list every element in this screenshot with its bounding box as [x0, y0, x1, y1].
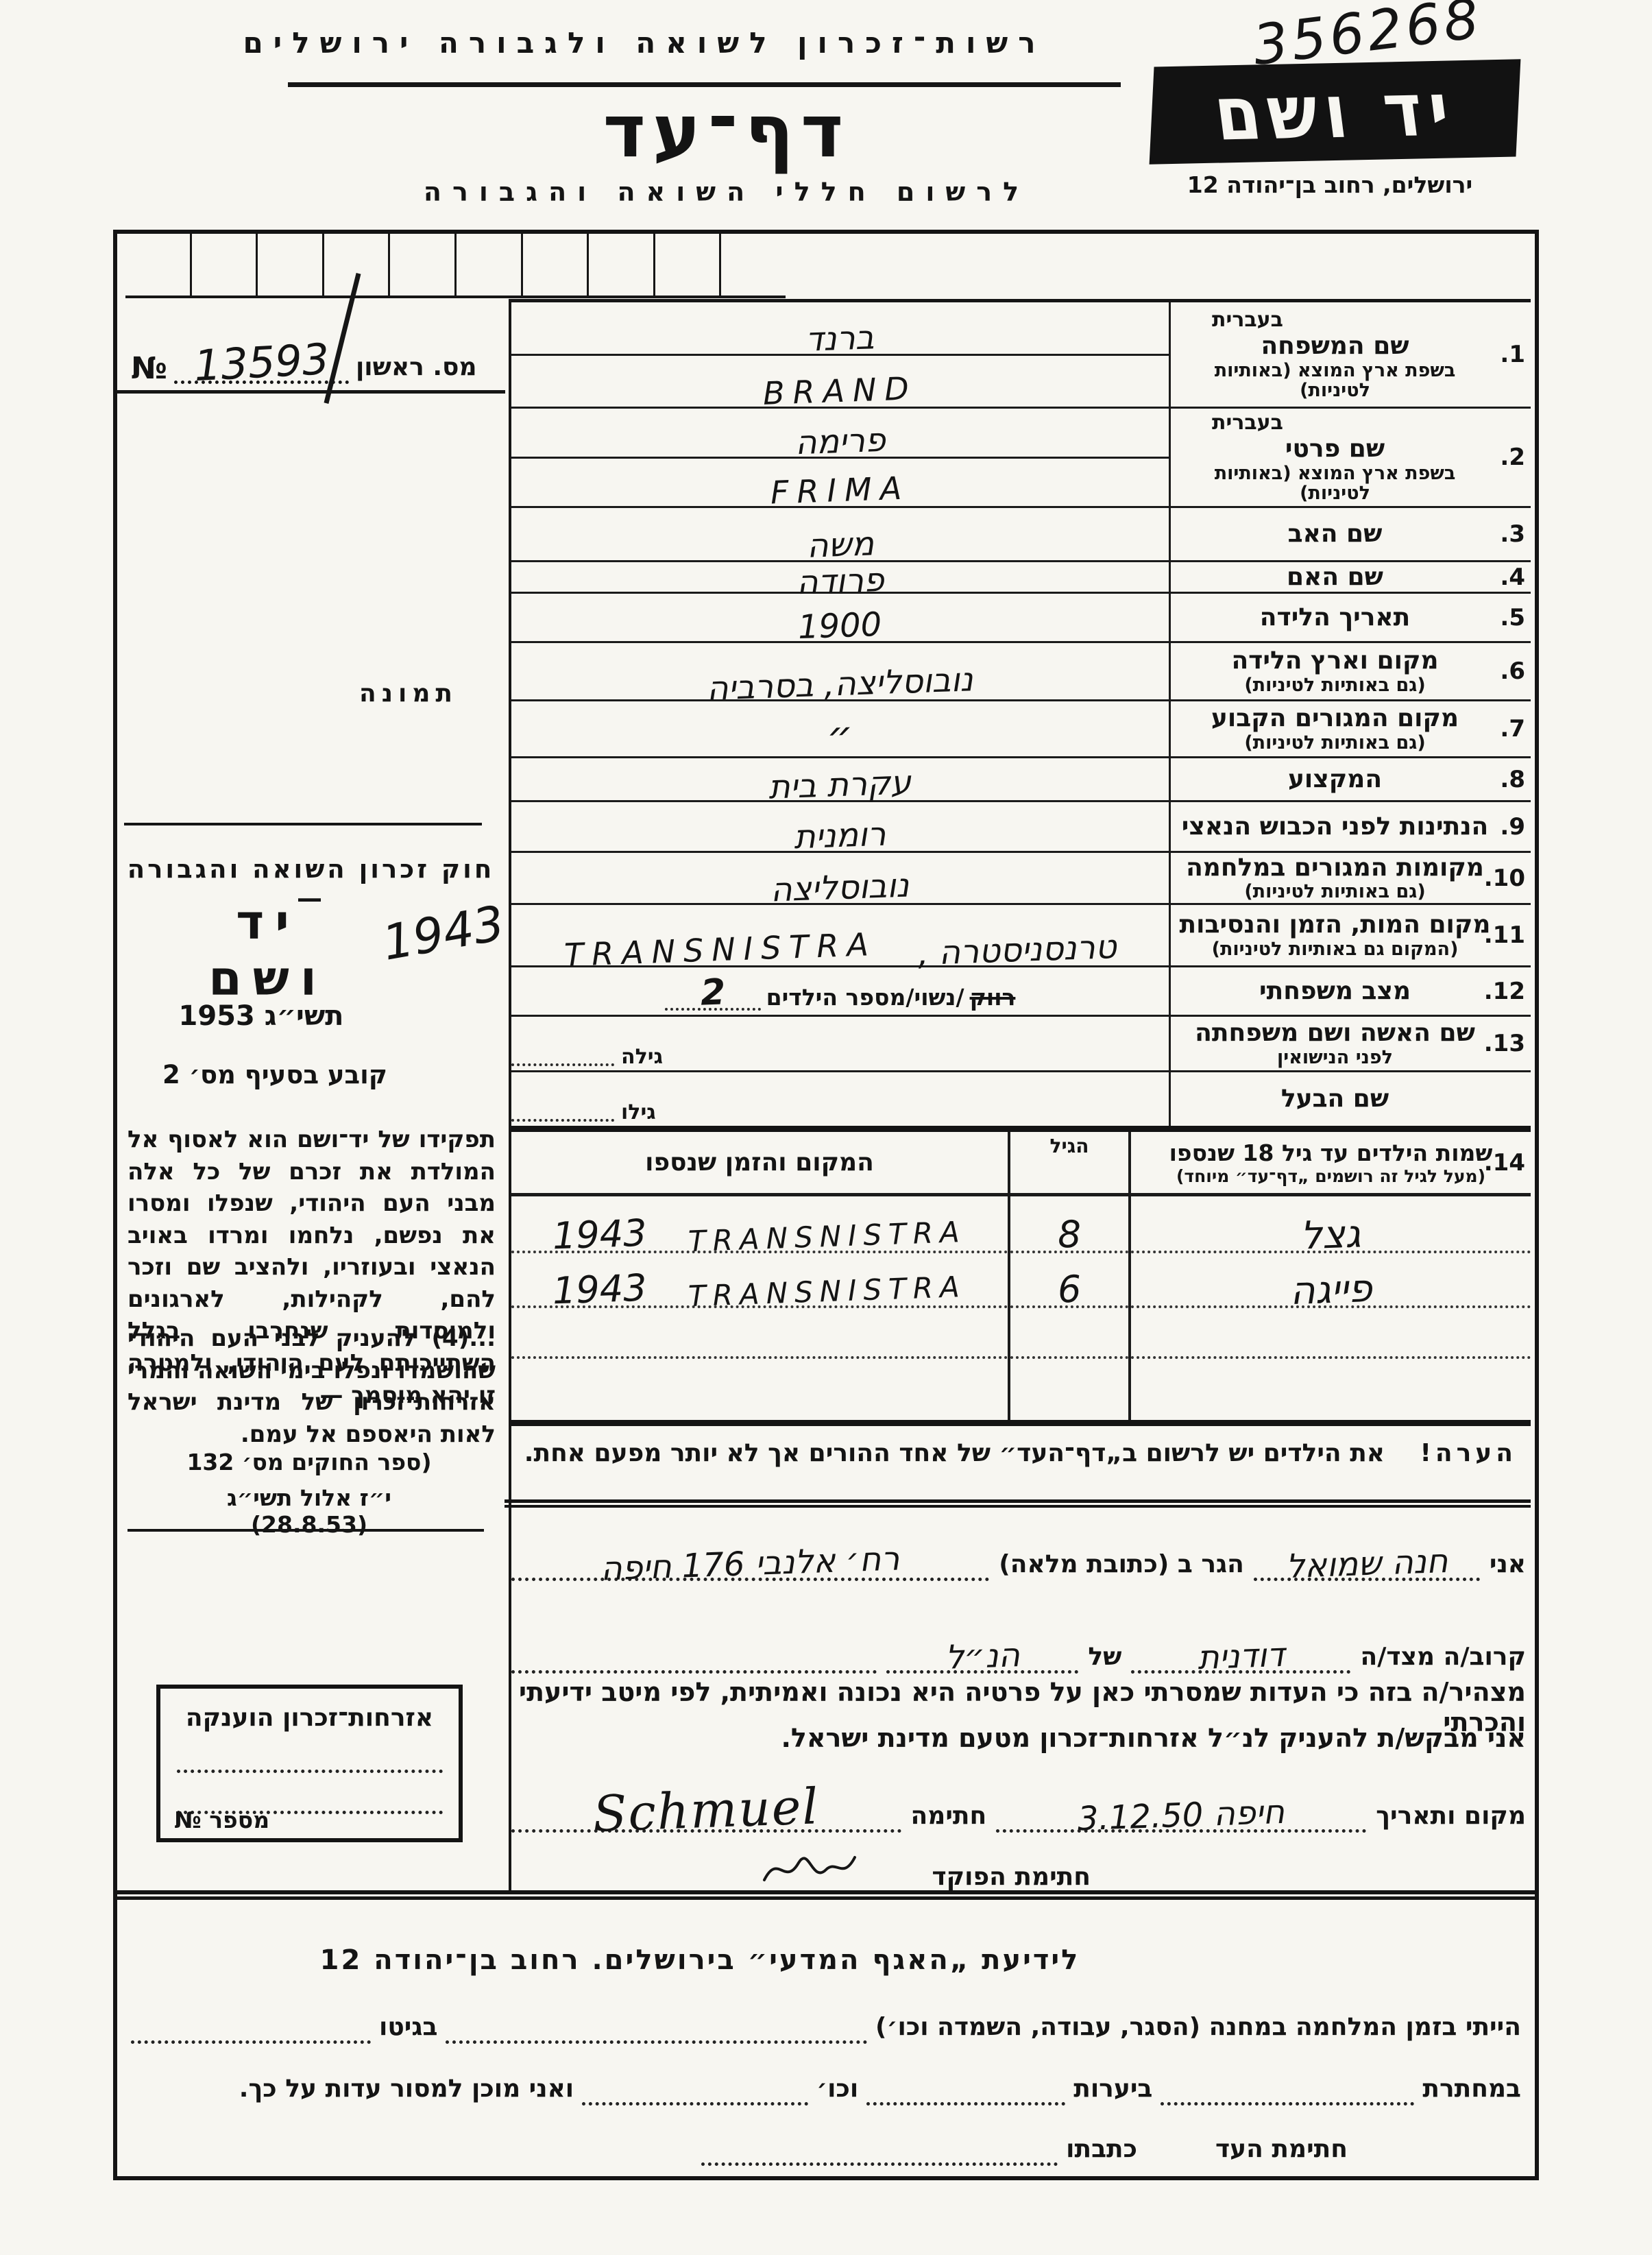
children-age-header: הגיל: [1010, 1132, 1128, 1196]
field-row-birth-place: 6. מקום וארץ הלידה (גם באותיות לטיניות) …: [511, 643, 1531, 701]
bottom-line-witness-signature: חתימת העד כתבתו: [511, 2114, 1348, 2166]
field-entry-4: פרודה: [511, 562, 1169, 592]
label-family-name: שם המשפחה: [1261, 332, 1409, 360]
camp-dotted-line: [446, 2040, 867, 2044]
field-row-first-name: 2. בעברית שם פרטי בשפת ארץ המוצא (באותיו…: [511, 409, 1531, 508]
field-entry-5: 1900: [511, 594, 1169, 641]
handwritten-serial-number: 13593: [193, 334, 330, 391]
label-i: אני: [1490, 1550, 1526, 1581]
field-row-birth-date: 5. תאריך הלידה 1900: [511, 594, 1531, 643]
label-his-age: גילו: [614, 1100, 660, 1126]
field-row-mother-name: 4. שם האם פרודה: [511, 562, 1531, 594]
field-row-husband-name: שם הבעל גילו: [511, 1072, 1531, 1126]
label-husband-name: שם הבעל: [1281, 1085, 1389, 1113]
field-number: 1.: [1500, 341, 1525, 368]
hw-death-year: 1943: [552, 1266, 648, 1313]
field-label-10: 10. מקומות המגורים במלחמה (גם באותיות לט…: [1169, 853, 1531, 903]
hw-ditto-mark: ״: [826, 712, 854, 760]
field-row-citizenship: 9. הנתינות לפני הכבוש הנאצי רומנית: [511, 802, 1531, 853]
field-entry-8: עקרת בית: [511, 758, 1169, 800]
label-birth-place: מקום וארץ הלידה: [1231, 647, 1438, 675]
hw-children-count: 2: [699, 972, 725, 1013]
citizenship-number-label: מספר №: [174, 1807, 269, 1833]
clerk-signature-scribble: [757, 1849, 860, 1890]
serial-number-line: 13593: [174, 337, 349, 384]
field-number: 9.: [1500, 813, 1525, 841]
his-age-dotted-line: [511, 1119, 614, 1122]
label-witness-address: כתבתו: [1066, 2135, 1137, 2166]
struck-option-single: רווק: [970, 984, 1016, 1011]
hw-death-place: TRANSNISTRA: [688, 1270, 967, 1313]
field-row-wife-name: 13. שם האשה ושם משפחתה לפני הנישואין גיל…: [511, 1017, 1531, 1072]
field-number-14: 14.: [1484, 1149, 1525, 1177]
label-forests: ביערות: [1073, 2075, 1152, 2106]
field-number: 10.: [1484, 865, 1525, 892]
label-wartime-residence: מקומות המגורים במלחמה: [1186, 854, 1484, 882]
label-clerk-signature: חתימת הפוקד: [932, 1863, 1091, 1894]
hw-death-year: 1943: [552, 1211, 648, 1258]
label-father-name: שם האב: [1288, 520, 1383, 548]
hw-witness-address: רח׳ אלנבי 176 חיפה: [600, 1539, 901, 1588]
citizenship-granted-box: אזרחות־זכרון הוענקה מספר №: [156, 1685, 463, 1842]
empty-dotted-line: [511, 1670, 877, 1674]
hw-child-age: 8: [1057, 1212, 1082, 1256]
form-subtitle: לרשום חללי השואה והגבורה: [315, 177, 1138, 207]
field-entry-1: ברנד BRAND: [511, 302, 1169, 407]
citizenship-box-title: אזרחות־זכרון הוענקה: [160, 1704, 459, 1732]
bottom-line-underground: במחתרת ביערות וכו׳ ואני מוכן למסור עדות …: [131, 2052, 1521, 2106]
authority-header: רשות־זכרון לשואה ולגבורה ירושלים: [165, 26, 1124, 60]
hw-birth-year: 1900: [797, 605, 882, 647]
double-rule-bottom: [117, 1890, 1535, 1900]
field-label-11: 11. מקום המות, הזמן והנסיבות (המקום גם ב…: [1169, 905, 1531, 965]
declaration-identity-line: אני חנה שמואל הגר ב (כתובת מלאה) רח׳ אלנ…: [511, 1519, 1526, 1581]
photo-separator-line: [124, 823, 482, 825]
label-latin-letters: (המקום גם באותיות לטיניות): [1212, 939, 1459, 960]
hw-death-place: TRANSNISTRA: [688, 1215, 967, 1258]
label-in-hebrew: בעברית: [1178, 308, 1283, 332]
hw-child-name: פייגה: [1289, 1266, 1373, 1314]
field-entry-12: רווק /נשוי/מספר הילדים 2: [511, 967, 1169, 1015]
declaration-relation-line: קרוב/ה מצד/ה דודנית של הנ״ל: [511, 1612, 1526, 1674]
yad-vashem-logo: יד ושם: [1150, 59, 1521, 164]
index-cell: [653, 234, 720, 296]
header-children-names: שמות הילדים עד גיל 18 שנספו: [1169, 1139, 1493, 1166]
testimony-page-scan: 356268 רשות־זכרון לשואה ולגבורה ירושלים …: [0, 0, 1652, 2255]
field-entry-2: פרימה FRIMA: [511, 409, 1169, 506]
label-signature: חתימה: [911, 1802, 987, 1833]
field-row-permanent-residence: 7. מקום המגורים הקבוע (גם באותיות לטיניו…: [511, 701, 1531, 758]
hw-citizenship: רומנית: [793, 815, 886, 857]
field-entry-9: רומנית: [511, 802, 1169, 851]
label-was-in-camp: הייתי בזמן המלחמה במחנה (הסגר, עבודה, הש…: [875, 2013, 1521, 2044]
header-age: הגיל: [1050, 1135, 1089, 1157]
field-label-12: 12. מצב משפחתי: [1169, 967, 1531, 1015]
label-relative: קרוב/ה מצד/ה: [1360, 1643, 1526, 1674]
field-label-7: 7. מקום המגורים הקבוע (גם באותיות לטיניו…: [1169, 701, 1531, 756]
serial-underline: [117, 390, 505, 394]
yad-vashem-logo-text: יד ושם: [1209, 67, 1461, 157]
witness-address-dotted-line: [701, 2162, 1058, 2166]
law-year: תשי״ג 1953: [158, 1000, 364, 1032]
bottom-line-camp: הייתי בזמן המלחמה במחנה (הסגר, עבודה, הש…: [131, 1990, 1521, 2044]
label-latin-letters: בשפת ארץ המוצא (באותיות לטיניות): [1178, 361, 1492, 401]
label-latin-letters: בשפת ארץ המוצא (באותיות לטיניות): [1178, 463, 1492, 504]
field-entry-6: נובוסליצה, בסרביה: [511, 643, 1169, 699]
field-number: 6.: [1500, 658, 1525, 685]
hw-place-date: חיפה 3.12.50: [1077, 1793, 1285, 1839]
underground-dotted-line: [1161, 2102, 1414, 2106]
children-names-header: 14. שמות הילדים עד גיל 18 שנספו (מעל לגי…: [1131, 1132, 1531, 1196]
hw-father-name: משה: [806, 524, 875, 565]
witness-signature: Schmuel: [592, 1777, 821, 1842]
clerk-signature-line: חתימת הפוקד: [570, 1842, 1091, 1894]
label-citizenship: הנתינות לפני הכבוש הנאצי: [1182, 812, 1489, 841]
field-entry-7: ״: [511, 701, 1169, 756]
logo-address: ירושלים, רחוב בן־יהודה 12: [1124, 171, 1535, 198]
index-cell: [521, 234, 587, 296]
field-label-husband: שם הבעל: [1169, 1072, 1531, 1126]
field-number: 5.: [1500, 604, 1525, 631]
law-section-line: קובע בסעיף מס׳ 2: [158, 1060, 391, 1089]
photo-placeholder-label: תמונה: [350, 679, 467, 708]
label-mother-name: שם האם: [1287, 563, 1383, 591]
index-cell: [125, 234, 190, 296]
field-row-family-name: 1. בעברית שם המשפחה בשפת ארץ המוצא (באות…: [511, 299, 1531, 409]
field-number: 8.: [1500, 766, 1525, 793]
index-cell: [454, 234, 521, 296]
children-age-column: הגיל 8 6: [1008, 1132, 1131, 1420]
field-label-1: 1. בעברית שם המשפחה בשפת ארץ המוצא (באות…: [1169, 302, 1531, 407]
serial-number-row: № 13593 מס. ראשון: [131, 304, 477, 384]
hw-family-name-hebrew: ברנד: [805, 318, 875, 359]
label-place-of-death: מקום המות, הזמן והנסיבות: [1180, 911, 1491, 939]
field-entry-3: משה: [511, 508, 1169, 560]
hw-death-place-hebrew: טרנסניסטרה ,: [917, 928, 1117, 973]
field-entry-13: גילה: [511, 1017, 1169, 1070]
field-row-place-of-death: 11. מקום המות, הזמן והנסיבות (המקום גם ב…: [511, 905, 1531, 967]
note-line: הערה! את הילדים יש לרשום ב„דף־העד״ של אח…: [511, 1439, 1517, 1467]
field-number: 3.: [1500, 520, 1525, 548]
children-table: 14. שמות הילדים עד גיל 18 שנספו (מעל לגי…: [511, 1126, 1531, 1426]
form-title: דף־עד: [576, 89, 877, 173]
label-place-and-date: מקום ותאריך: [1376, 1802, 1526, 1833]
scientific-branch-heading: לידיעת „האגף המדעי״ בירושלים. רחוב בן־יה…: [282, 1944, 1118, 1976]
option-married-children-count: /נשוי/מספר הילדים: [766, 984, 964, 1011]
field-label-3: 3. שם האב: [1169, 508, 1531, 560]
label-underground: במחתרת: [1422, 2075, 1521, 2106]
field-row-father-name: 3. שם האב משה: [511, 508, 1531, 562]
field-number: 2.: [1500, 444, 1525, 471]
law-reference-1: (ספר החוקים מס׳ 132: [172, 1449, 446, 1475]
label-first-name: שם פרטי: [1285, 435, 1385, 463]
label-etc: וכו׳: [816, 2075, 858, 2106]
field-number: 11.: [1484, 921, 1525, 949]
note-text: את הילדים יש לרשום ב„דף־העד״ של אחד ההור…: [524, 1439, 1385, 1467]
label-birth-date: תאריך הלידה: [1260, 603, 1410, 631]
index-cell: [256, 234, 322, 296]
field-label-9: 9. הנתינות לפני הכבוש הנאצי: [1169, 802, 1531, 851]
authority-underline: [288, 82, 1121, 87]
label-latin-letters: (גם באותיות לטיניות): [1244, 882, 1425, 902]
law-logo-text: יד ושם: [179, 894, 357, 1006]
etc-dotted-line: [582, 2102, 808, 2106]
hw-first-name-latin: FRIMA: [770, 469, 910, 511]
place-date-signature-line: מקום ותאריך חיפה 3.12.50 חתימה Schmuel: [511, 1770, 1526, 1833]
field-number: 7.: [1500, 715, 1525, 743]
hw-first-name-hebrew: פרימה: [794, 420, 886, 462]
label-in-ghetto: בגיטו: [379, 2013, 437, 2044]
index-cell: [388, 234, 454, 296]
children-names-column: 14. שמות הילדים עד גיל 18 שנספו (מעל לגי…: [1131, 1132, 1531, 1420]
field-row-marital-status: 12. מצב משפחתי רווק /נשוי/מספר הילדים 2: [511, 967, 1531, 1017]
hw-death-place-latin: TRANSNISTRA: [563, 926, 877, 974]
header-place-time: המקום והזמן שנספו: [645, 1148, 874, 1177]
label-in-hebrew: בעברית: [1178, 411, 1283, 435]
her-age-dotted-line: [511, 1063, 614, 1066]
field-number: 12.: [1484, 978, 1525, 1005]
field-label-8: 8. המקצוע: [1169, 758, 1531, 800]
hw-child-name: גצל: [1300, 1211, 1361, 1258]
index-cell: [719, 234, 786, 296]
label-latin-letters: (גם באותיות לטיניות): [1244, 733, 1425, 753]
field-entry-husband: גילו: [511, 1072, 1169, 1126]
numero-sign: №: [131, 354, 167, 384]
label-before-marriage: לפני הנישואין: [1277, 1048, 1393, 1068]
field-label-5: 5. תאריך הלידה: [1169, 594, 1531, 641]
label-of: של: [1088, 1643, 1121, 1674]
children-place-column: המקום והזמן שנספו 1943 TRANSNISTRA 1943 …: [511, 1132, 1008, 1420]
forests-dotted-line: [866, 2102, 1065, 2106]
field-label-13: 13. שם האשה ושם משפחתה לפני הנישואין: [1169, 1017, 1531, 1070]
label-latin-letters: (גם באותיות לטיניות): [1244, 675, 1425, 696]
header-children-names-sub: (מעל לגיל זה רושמים „דף־עד״ מיוחד): [1176, 1166, 1485, 1186]
index-cell: [190, 234, 256, 296]
field-label-6: 6. מקום וארץ הלידה (גם באותיות לטיניות): [1169, 643, 1531, 699]
field-entry-10: נובוסליצה: [511, 853, 1169, 903]
double-rule: [505, 1499, 1531, 1508]
hw-relation-of: הנ״ל: [945, 1636, 1021, 1677]
note-label: הערה!: [1420, 1439, 1517, 1467]
form-border: № 13593 מס. ראשון תמונה חוק זכרון השואה …: [113, 230, 1539, 2180]
law-paragraph-2: ‏...(4) להעניק לבני העם היהודי שהושמדו ו…: [127, 1323, 496, 1450]
label-profession: המקצוע: [1288, 765, 1382, 793]
marital-status-options: רווק /נשוי/מספר הילדים 2: [665, 972, 1016, 1015]
field-number: 13.: [1484, 1030, 1525, 1057]
citizenship-dotted-line: [177, 1770, 443, 1773]
hw-witness-name: חנה שמואל: [1285, 1542, 1448, 1586]
hw-child-age: 6: [1057, 1267, 1082, 1311]
index-cell: [587, 234, 653, 296]
hw-family-name-latin: BRAND: [762, 370, 918, 412]
label-marital-status: מצב משפחתי: [1259, 977, 1411, 1005]
field-label-2: 2. בעברית שם פרטי בשפת ארץ המוצא (באותיו…: [1169, 409, 1531, 506]
label-witness-signature: חתימת העד: [1215, 2135, 1348, 2166]
children-place-header: המקום והזמן שנספו: [511, 1132, 1008, 1196]
label-resides-at: הגר ב (כתובת מלאה): [999, 1550, 1244, 1581]
field-label-4: 4. שם האם: [1169, 562, 1531, 592]
field-row-profession: 8. המקצוע עקרת בית: [511, 758, 1531, 802]
hw-wartime-residence: נובוסליצה: [770, 866, 910, 909]
hw-profession: עקרת בית: [768, 763, 912, 806]
sidebar-separator-line: [127, 1529, 484, 1532]
declaration-request: אני מבקש/ת להעניק לנ״ל אזרחות־זכרון מטעם…: [511, 1723, 1526, 1753]
label-wife-name: שם האשה ושם משפחתה: [1195, 1019, 1475, 1047]
field-entry-11: טרנסניסטרה , TRANSNISTRA: [511, 905, 1169, 965]
label-her-age: גילה: [614, 1045, 667, 1070]
ghetto-dotted-line: [131, 2040, 371, 2044]
field-number: 4.: [1500, 564, 1525, 591]
label-permanent-residence: מקום המגורים הקבוע: [1211, 704, 1459, 732]
serial-number-label: מס. ראשון: [356, 353, 477, 384]
label-ready-to-testify: ואני מוכן למסור עדות על כך.: [239, 2075, 574, 2106]
index-cells-strip: [125, 234, 786, 298]
field-row-wartime-residence: 10. מקומות המגורים במלחמה (גם באותיות לט…: [511, 853, 1531, 905]
hw-relation: דודנית: [1197, 1636, 1285, 1677]
